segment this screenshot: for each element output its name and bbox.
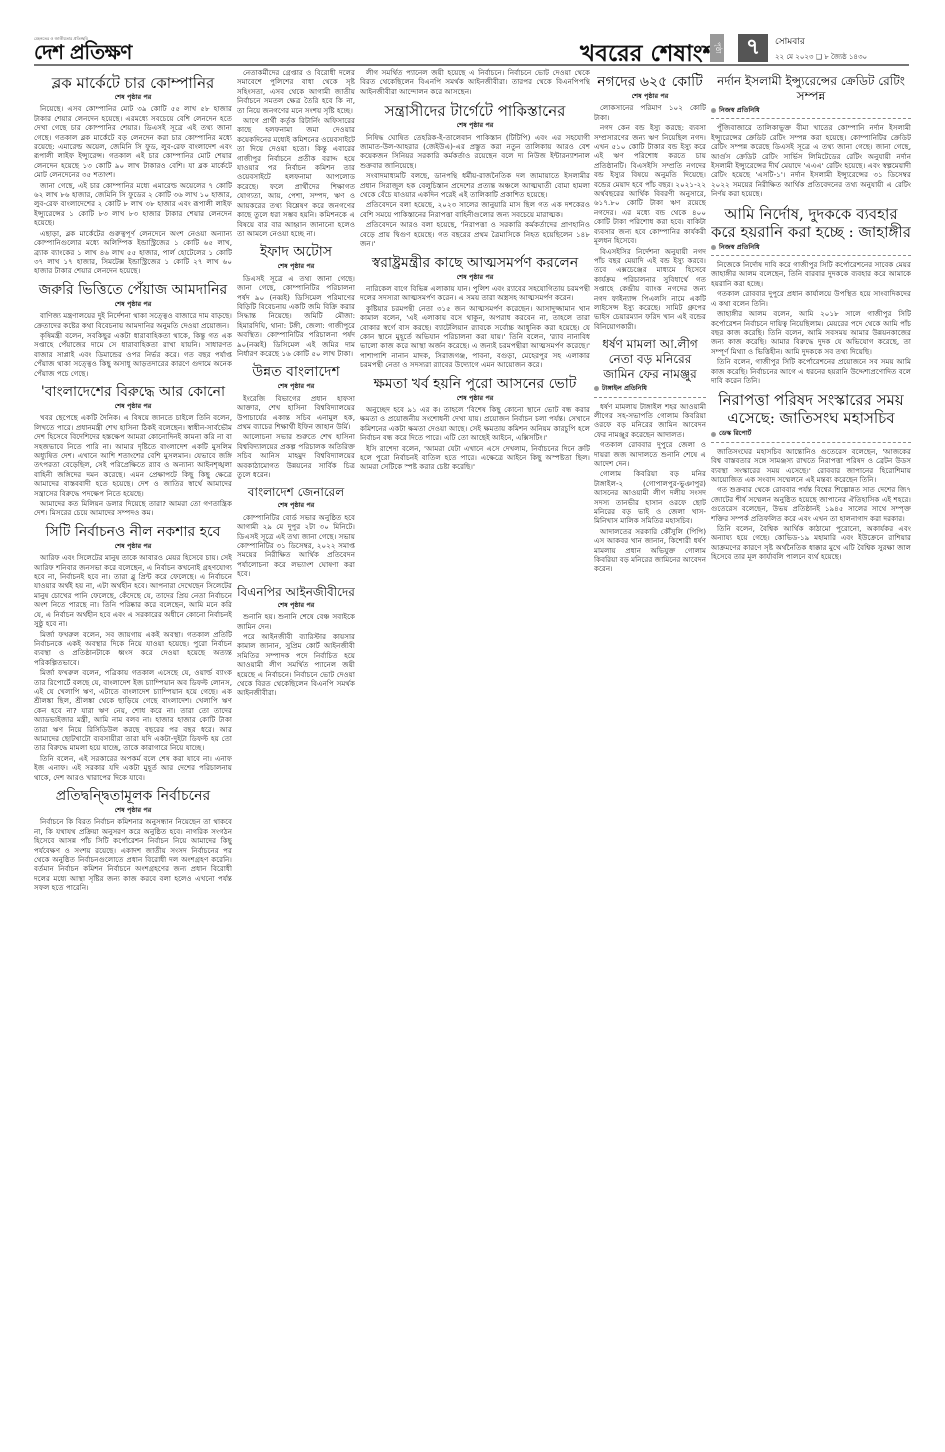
article-bnp-lawyers: বিএনপির আইনজীবীদের শেষ পৃষ্ঠার পর শুনানি…: [237, 585, 355, 698]
paragraph: গোলাম কিবরিয়া বড় মনির টাঙ্গাইল-২ (গোপা…: [594, 469, 706, 525]
page-tag: পৃষ্ঠা: [710, 34, 724, 62]
article-terrorists-pakistan: লীগ সমর্থিত প্যানেল জয়ী হয়েছে এ নির্বা…: [360, 68, 590, 249]
jump-label: শেষ পৃষ্ঠার পর: [34, 542, 232, 551]
paragraph: শুনানি হয়। শুনানি শেষে বেঞ্চ সবাইকে জাম…: [237, 612, 355, 631]
paragraph: আরিফ এবং সিলেটের মানুষ তাকে আবারও মেয়র …: [34, 553, 232, 628]
paragraph: পুঁজিবাজারে তালিকাভুক্ত বীমা খাতের কোম্প…: [711, 123, 911, 198]
headline: সিটি নির্বাচনও নীল নকশার হবে: [34, 524, 232, 541]
paragraph: আদালতের সরকারি কৌঁসুলি (পিপি) এস আকবর খা…: [594, 527, 706, 574]
article-jahangir: আমি নির্দোষ, দুদককে ব্যবহার করে হয়রানি …: [711, 205, 911, 386]
byline: নিজস্ব প্রতিনিধি: [711, 243, 911, 252]
bullet-icon: [711, 245, 716, 250]
paragraph: জাহাঙ্গীর আলম বলেন, আমি ২০১৮ সালে গাজীপু…: [711, 309, 911, 356]
jump-label: শেষ পৃষ্ঠার পর: [34, 402, 232, 411]
paragraph: নিজেকে নির্দোষ দাবি করে গাজীপুর সিটি কর্…: [711, 260, 911, 288]
headline: স্বরাষ্ট্রমন্ত্রীর কাছে আত্মসমর্পণ করলেন: [360, 255, 590, 272]
headline: উন্নত বাংলাদেশ: [237, 364, 355, 381]
headline: ইফাদ অটোস: [237, 244, 355, 261]
paragraph: কোম্পানিটির বোর্ড সভার অনুষ্ঠিত হবে আগাম…: [237, 513, 355, 579]
headline: নগদের ৬২৫ কোটি: [594, 74, 706, 91]
article-unnoto-bangladesh: উন্নত বাংলাদেশ শেষ পৃষ্ঠার পর ইংরেজি বিভ…: [237, 364, 355, 479]
paragraph: নির্বাচনে কি বিরত নির্বাচন কমিশনার অনুসন…: [34, 817, 232, 892]
article-city-election: সিটি নির্বাচনও নীল নকশার হবে শেষ পৃষ্ঠার…: [34, 524, 232, 782]
paragraph: সংবাদমাধ্যমটি বলছে, ডানপন্থি ধর্মীয়-রাজ…: [360, 171, 590, 199]
paragraph: খবর ছেপেছে একটি দৈনিক। এ বিষয়ে জানতে চা…: [34, 413, 232, 498]
paragraph: আগে প্রার্থী কর্তৃক রিটার্নিং অফিসারের ক…: [237, 116, 355, 238]
headline: ক্ষমতা খর্ব হয়নি পুরো আসনের ভোট: [360, 376, 590, 393]
paragraph: প্রতিবেদনে আরও বলা হয়েছে, 'নিরাপত্তা ও …: [360, 220, 590, 248]
paragraph: ইংরেজি বিভাগের প্রধান হাফসা আক্তার, শেখ …: [237, 394, 355, 432]
headline: 'বাংলাদেশের বিরুদ্ধে আর কোনো: [34, 384, 232, 401]
paragraph: প্রতিবেদনে বলা হয়েছে, ২০২৩ সালের জানুয়…: [360, 200, 590, 219]
bullet-icon: [594, 386, 599, 391]
paragraph: বাণিজ্য মন্ত্রণালয়ের দুই নির্দেশনা থাকা…: [34, 311, 232, 330]
page-number: ৭: [738, 34, 768, 62]
day: সোমবার: [775, 34, 867, 49]
divider: [711, 255, 911, 256]
article-block-market: ব্লক মার্কেটে চার কোম্পানির শেষ পৃষ্ঠার …: [34, 74, 232, 276]
logo: মেহনতের ও জাতীয়তার প্রতিচ্ছবি দেশ প্রতি…: [34, 36, 132, 63]
paragraph: ইসি রাশেদা বলেন, 'আমরা যেটা এখানে এসে দে…: [360, 444, 590, 472]
article-surrender: স্বরাষ্ট্রমন্ত্রীর কাছে আত্মসমর্পণ করলেন…: [360, 255, 590, 370]
jump-label: শেষ পৃষ্ঠার পর: [34, 93, 232, 102]
column-1: ব্লক মার্কেটে চার কোম্পানির শেষ পৃষ্ঠার …: [34, 68, 232, 1448]
column-5: নর্দান ইসলামী ইন্স্যুরেন্সের ক্রেডিট রেট…: [711, 68, 911, 1448]
column-2: নেতাকর্মীদের গ্রেপ্তার ও বিরোধী দলের সমা…: [237, 68, 355, 1448]
jump-label: শেষ পৃষ্ঠার পর: [360, 121, 590, 130]
divider: [711, 442, 911, 443]
byline-text: ডেস্ক রিপোর্ট: [719, 429, 751, 438]
paragraph: জানা গেছে, এই চার কোম্পানির মধ্যে এমারেল…: [34, 181, 232, 228]
byline: নিজস্ব প্রতিনিধি: [711, 106, 911, 115]
article-competitive-election: প্রতিদ্বন্দ্বিতামূলক নির্বাচনের শেষ পৃষ্…: [34, 788, 232, 893]
paragraph: কৃষিমন্ত্রী বলেন, সবকিছুর একটা ধারাবাহিক…: [34, 331, 232, 378]
newspaper-logo: দেশ প্রতিক্ষণ: [34, 41, 132, 63]
paragraph: ধর্ষণ মামলায় টাঙ্গাইল শহর আওয়ামী লীগের…: [594, 402, 706, 440]
byline-text: নিজস্ব প্রতিনিধি: [719, 243, 760, 252]
article-ifad-autos: ইফাদ অটোস শেষ পৃষ্ঠার পর ডিএসই সূত্রে এ …: [237, 244, 355, 358]
paragraph: কুষ্টিয়ার চরমপন্থী নেতা ৩১৫ জন আত্মসমর্…: [360, 304, 590, 370]
byline-text: নিজস্ব প্রতিনিধি: [719, 106, 760, 115]
paragraph: লীগ সমর্থিত প্যানেল জয়ী হয়েছে এ নির্বা…: [360, 68, 590, 96]
article-bd-general: বাংলাদেশ জেনারেল শেষ পৃষ্ঠার পর কোম্পানি…: [237, 485, 355, 578]
paragraph: গতকাল রোববার দুপুরে প্রধান কার্যালয়ে উপ…: [711, 289, 911, 308]
article-full-seat: ক্ষমতা খর্ব হয়নি পুরো আসনের ভোট শেষ পৃষ…: [360, 376, 590, 472]
masthead: মেহনতের ও জাতীয়তার প্রতিচ্ছবি দেশ প্রতি…: [0, 0, 945, 62]
paragraph: অনুচ্ছেদ হবে ৯১ এর ক। তাহলে 'বিশেষ কিছু …: [360, 405, 590, 443]
paragraph: গত শুক্রবার থেকে রোববার পর্যন্ত বিশ্বের …: [711, 485, 911, 523]
jump-label: শেষ পৃষ্ঠার পর: [594, 92, 706, 101]
headline: নর্দান ইসলামী ইন্স্যুরেন্সের ক্রেডিট রেট…: [711, 74, 911, 104]
headline: ব্লক মার্কেটে চার কোম্পানির: [34, 74, 232, 92]
paragraph: এছাড়া, ব্লক মার্কেটের গুরুত্বপূর্ণ লেনদ…: [34, 229, 232, 276]
paragraph: নগদ কেন বন্ড ইস্যু করছে: ব্যবসা সম্প্রসা…: [594, 123, 706, 245]
masthead-divider: [34, 64, 909, 66]
paragraph: আমাদের কত মিলিয়ন ডলার দিয়েছে তারা? আমর…: [34, 499, 232, 518]
bullet-icon: [711, 108, 716, 113]
byline-text: টাঙ্গাইল প্রতিনিধি: [602, 384, 647, 393]
headline: ধর্ষণ মামলা আ.লীগ নেতা বড় মনিরের জামিন …: [594, 337, 706, 382]
jump-label: শেষ পৃষ্ঠার পর: [237, 601, 355, 610]
column-4: নগদের ৬২৫ কোটি শেষ পৃষ্ঠার পর লোকসানের প…: [594, 68, 706, 1448]
jump-label: শেষ পৃষ্ঠার পর: [237, 262, 355, 271]
paragraph: নিয়েছে। এসব কোম্পানির মোট ৩৯ কোটি ৫৫ লা…: [34, 104, 232, 179]
date: ২২ মে ২০২৩ ❑ ৮ জ্যৈষ্ঠ ১৪৩০: [775, 51, 867, 63]
paragraph: লোকসানের পরিমাণ ১০২ কোটি টাকা।: [594, 103, 706, 122]
column-3: লীগ সমর্থিত প্যানেল জয়ী হয়েছে এ নির্বা…: [360, 68, 590, 1448]
byline: টাঙ্গাইল প্রতিনিধি: [594, 384, 706, 393]
headline: প্রতিদ্বন্দ্বিতামূলক নির্বাচনের: [34, 788, 232, 805]
paragraph: নেতাকর্মীদের গ্রেপ্তার ও বিরোধী দলের সমা…: [237, 68, 355, 115]
paragraph: মির্জা ফখরুল বলেন, সব জায়গায় একই অবস্থ…: [34, 630, 232, 668]
jump-label: শেষ পৃষ্ঠার পর: [34, 806, 232, 815]
headline: আমি নির্দোষ, দুদককে ব্যবহার করে হয়রানি …: [711, 205, 911, 241]
paragraph: তিনি বলেন, বৈশ্বিক আর্থিক কাঠামো পুরোনো,…: [711, 524, 911, 562]
divider: [711, 118, 911, 119]
article-un-security: নিরাপত্তা পরিষদ সংস্কারের সময় এসেছে: জা…: [711, 391, 911, 561]
article-northern-islami: নর্দান ইসলামী ইন্স্যুরেন্সের ক্রেডিট রেট…: [711, 74, 911, 199]
paragraph: তিনি বলেন, এই সরকারের অপকর্ম বলে শেষ করা…: [34, 754, 232, 782]
paragraph: ডিএসই সূত্রে এ তথ্য জানা গেছে। জানা গেছে…: [237, 274, 355, 359]
jump-label: শেষ পৃষ্ঠার পর: [360, 273, 590, 282]
article-bangladesh-against: 'বাংলাদেশের বিরুদ্ধে আর কোনো শেষ পৃষ্ঠার…: [34, 384, 232, 518]
article-rape-case: ধর্ষণ মামলা আ.লীগ নেতা বড় মনিরের জামিন …: [594, 337, 706, 574]
headline: বিএনপির আইনজীবীদের: [237, 585, 355, 600]
headline: জরুরি ভিত্তিতে পেঁয়াজ আমদানির: [34, 282, 232, 299]
bullet-icon: [711, 432, 716, 437]
jump-label: শেষ পৃষ্ঠার পর: [237, 382, 355, 391]
paragraph: পরে আইনজীবী ব্যারিস্টার কায়সার কামাল জা…: [237, 632, 355, 698]
divider: [594, 397, 706, 398]
byline: ডেস্ক রিপোর্ট: [711, 429, 911, 438]
paragraph: মির্জা ফখরুল বলেন, পত্রিকায় গতকাল এসেছে…: [34, 668, 232, 753]
jump-label: শেষ পৃষ্ঠার পর: [34, 300, 232, 309]
headline: নিরাপত্তা পরিষদ সংস্কারের সময় এসেছে: জা…: [711, 391, 911, 427]
paragraph: নারিকেল বাগে বিভিন্ন এলাকায় যান। পুলিশ …: [360, 284, 590, 303]
dateline: সোমবার ২২ মে ২০২৩ ❑ ৮ জ্যৈষ্ঠ ১৪৩০: [775, 34, 867, 63]
article-nagad: নগদের ৬২৫ কোটি শেষ পৃষ্ঠার পর লোকসানের প…: [594, 74, 706, 331]
jump-label: শেষ পৃষ্ঠার পর: [360, 394, 590, 403]
article-onion: জরুরি ভিত্তিতে পেঁয়াজ আমদানির শেষ পৃষ্ঠ…: [34, 282, 232, 378]
paragraph: গতকাল রোববার দুপুরে জেলা ও দায়রা জজ আদা…: [594, 440, 706, 468]
paragraph: জাতিসংঘের মহাসচিব আন্তোনিও গুতেরেস বলেছে…: [711, 447, 911, 485]
jump-label: শেষ পৃষ্ঠার পর: [237, 501, 355, 510]
paragraph: আলোচনা সভার শুরুতে শেখ হাসিনা বিশ্ববিদ্য…: [237, 432, 355, 479]
headline: সন্ত্রাসীদের টার্গেটে পাকিস্তানের: [360, 102, 590, 120]
paragraph: নিষিদ্ধ ঘোষিত তেহরিক-ই-তালেবান পাকিস্তান…: [360, 133, 590, 171]
paragraph: তিনি বলেন, গাজীপুর সিটি কর্পোরেশনের প্রয…: [711, 357, 911, 385]
headline: বাংলাদেশ জেনারেল: [237, 485, 355, 500]
article-gazipur-continued: নেতাকর্মীদের গ্রেপ্তার ও বিরোধী দলের সমা…: [237, 68, 355, 238]
paragraph: বিএসইসির নির্দেশনা অনুযায়ী নগদ পাঁচ বছর…: [594, 247, 706, 332]
